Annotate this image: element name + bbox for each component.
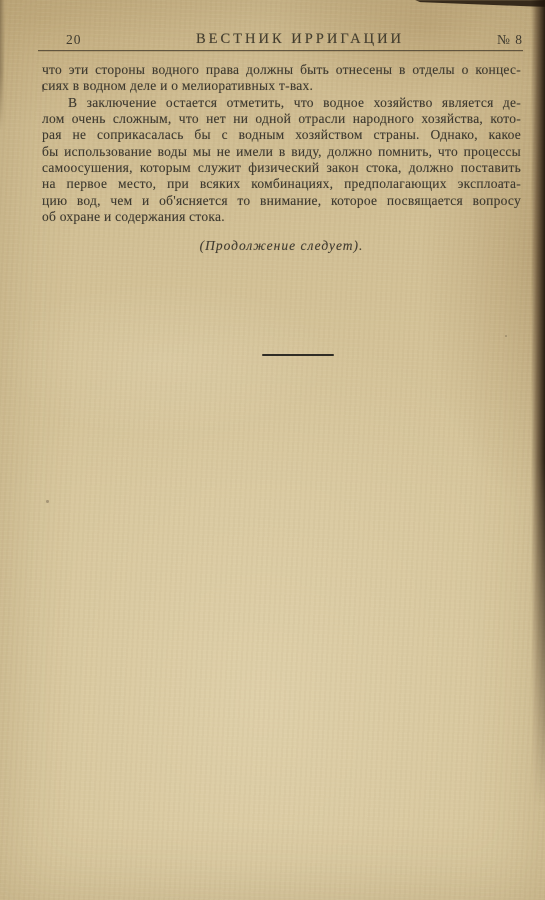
scan-edge-shadow-top bbox=[415, 0, 545, 7]
text-line: цию вод, чем и об'ясняется то внимание, … bbox=[42, 193, 521, 209]
text-line: бы использование воды мы не имели в виду… bbox=[42, 144, 521, 160]
section-divider bbox=[262, 354, 334, 356]
paper-speck bbox=[505, 335, 507, 337]
text-line: об охране и содержания стока. bbox=[42, 209, 521, 225]
text-line: В заключение остается отметить, что водн… bbox=[42, 95, 521, 111]
text-line: сиях в водном деле и о мелиоративных т-в… bbox=[42, 78, 521, 94]
text-line: рая не соприкасалась бы с водным хозяйст… bbox=[42, 127, 521, 143]
continuation-note: (Продолжение следует). bbox=[42, 238, 521, 254]
text-line: что эти стороны водного права должны быт… bbox=[42, 62, 521, 78]
article-text-block: что эти стороны водного права должны быт… bbox=[42, 62, 521, 255]
issue-number: № 8 bbox=[497, 32, 523, 48]
scan-edge-shadow-left bbox=[0, 0, 5, 130]
scan-edge-shadow-right bbox=[531, 0, 545, 840]
journal-title: ВЕСТНИК ИРРИГАЦИИ bbox=[55, 31, 545, 48]
text-line: лом очень сложным, что нет ни одной отра… bbox=[42, 111, 521, 127]
header-rule bbox=[38, 50, 523, 51]
text-line: самоосушения, которым служит физический … bbox=[42, 160, 521, 176]
journal-page-scan: 20 ВЕСТНИК ИРРИГАЦИИ № 8 что эти стороны… bbox=[0, 0, 545, 900]
text-line: на первое место, при всяких комбинациях,… bbox=[42, 176, 521, 192]
paper-speck bbox=[46, 500, 49, 503]
